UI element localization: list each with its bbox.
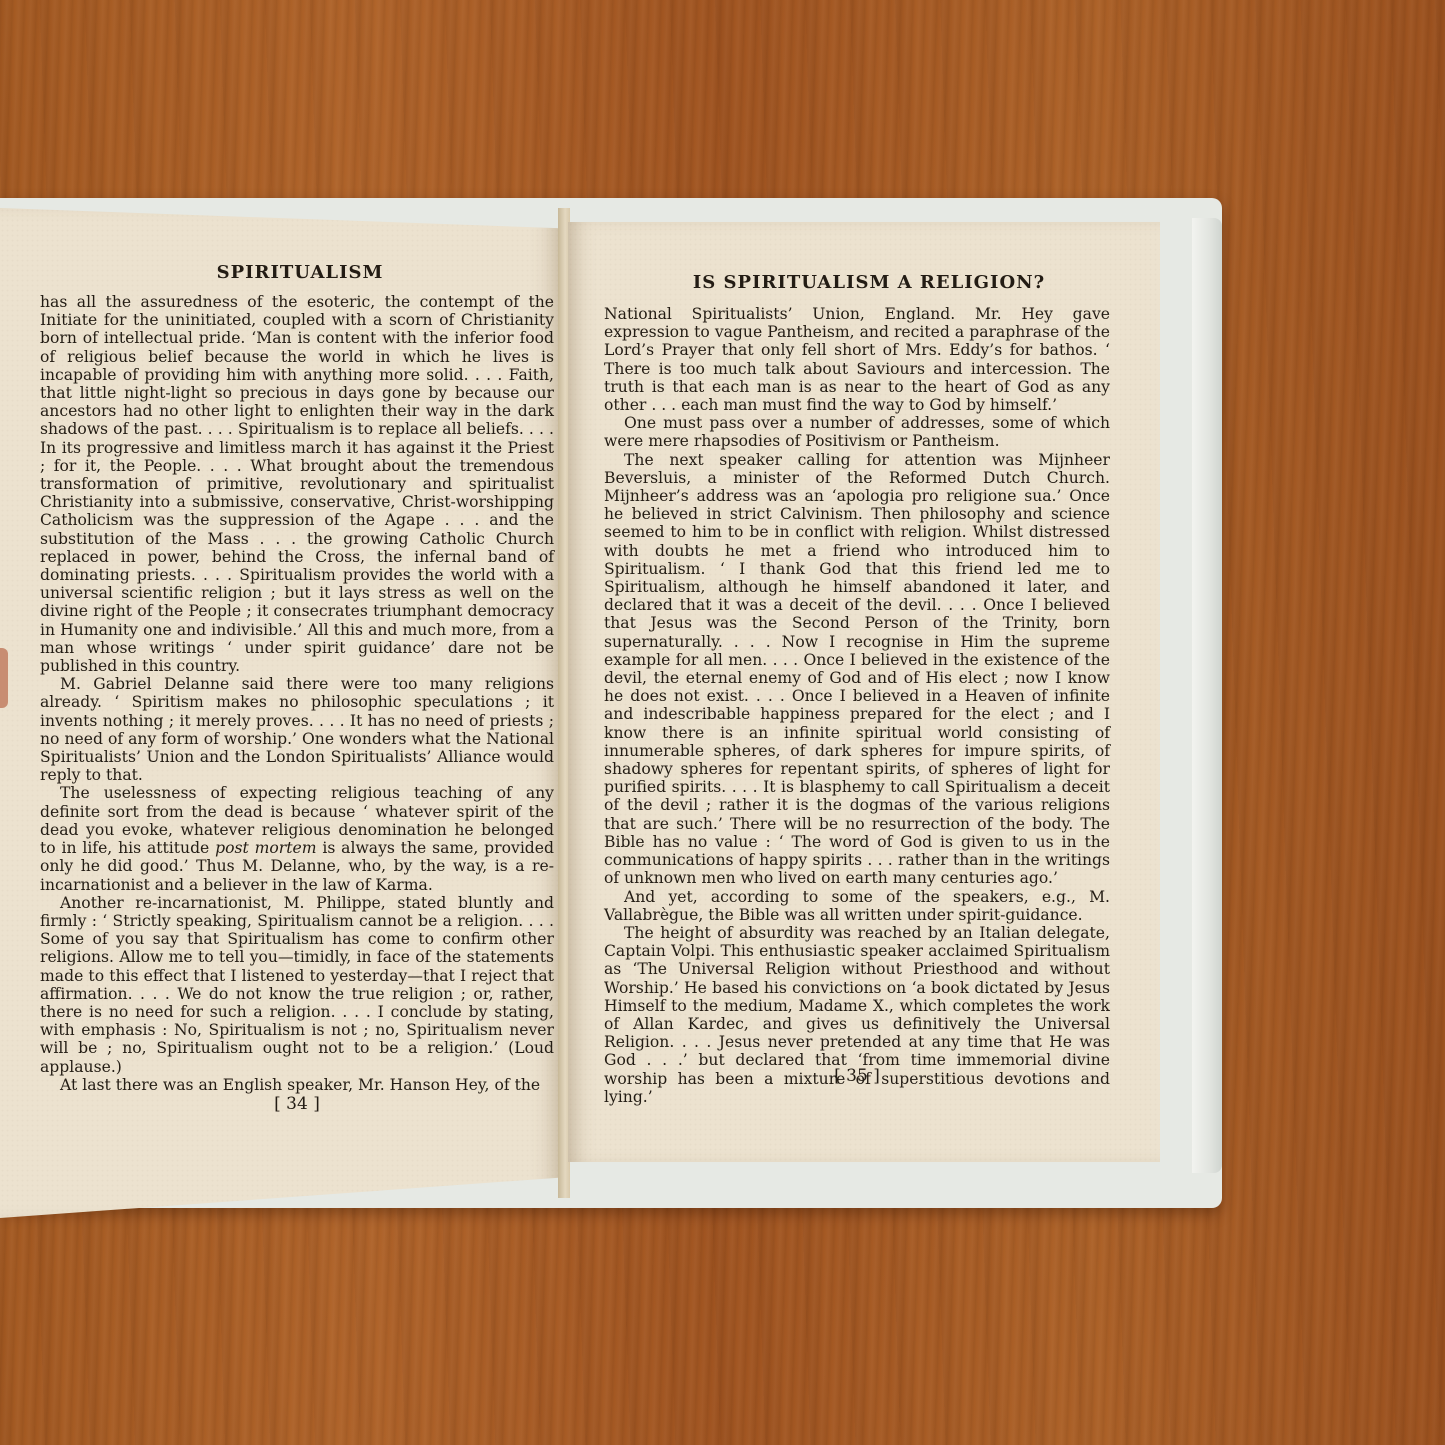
right-page-body: National Spiritualists’ Union, England. …: [568, 293, 1110, 1106]
paragraph: National Spiritualists’ Union, England. …: [604, 305, 1110, 414]
paragraph: M. Gabriel Delanne said there were too m…: [40, 675, 554, 784]
page-number-left: [ 34 ]: [40, 1094, 554, 1114]
cover-edge: [1192, 218, 1222, 1173]
left-page: SPIRITUALISM has all the assuredness of …: [0, 208, 560, 1218]
paragraph: At last there was an English speaker, Mr…: [40, 1076, 554, 1094]
left-page-body: has all the assuredness of the esoteric,…: [0, 283, 554, 1094]
page-number-right: [ 35 ]: [604, 1066, 1110, 1086]
thumb-holding-page: [0, 648, 8, 708]
paragraph: The next speaker calling for attention w…: [604, 451, 1110, 888]
running-head-right: IS SPIRITUALISM A RELIGION?: [568, 222, 1160, 293]
paragraph: One must pass over a number of addresses…: [604, 414, 1110, 450]
paragraph: The uselessness of expecting religious t…: [40, 784, 554, 893]
paragraph: Another re-incarnationist, M. Philippe, …: [40, 894, 554, 1076]
paragraph: And yet, according to some of the speake…: [604, 888, 1110, 924]
right-page: IS SPIRITUALISM A RELIGION? National Spi…: [568, 222, 1160, 1162]
paragraph: has all the assuredness of the esoteric,…: [40, 293, 554, 675]
italic-phrase: post mortem: [215, 839, 316, 857]
